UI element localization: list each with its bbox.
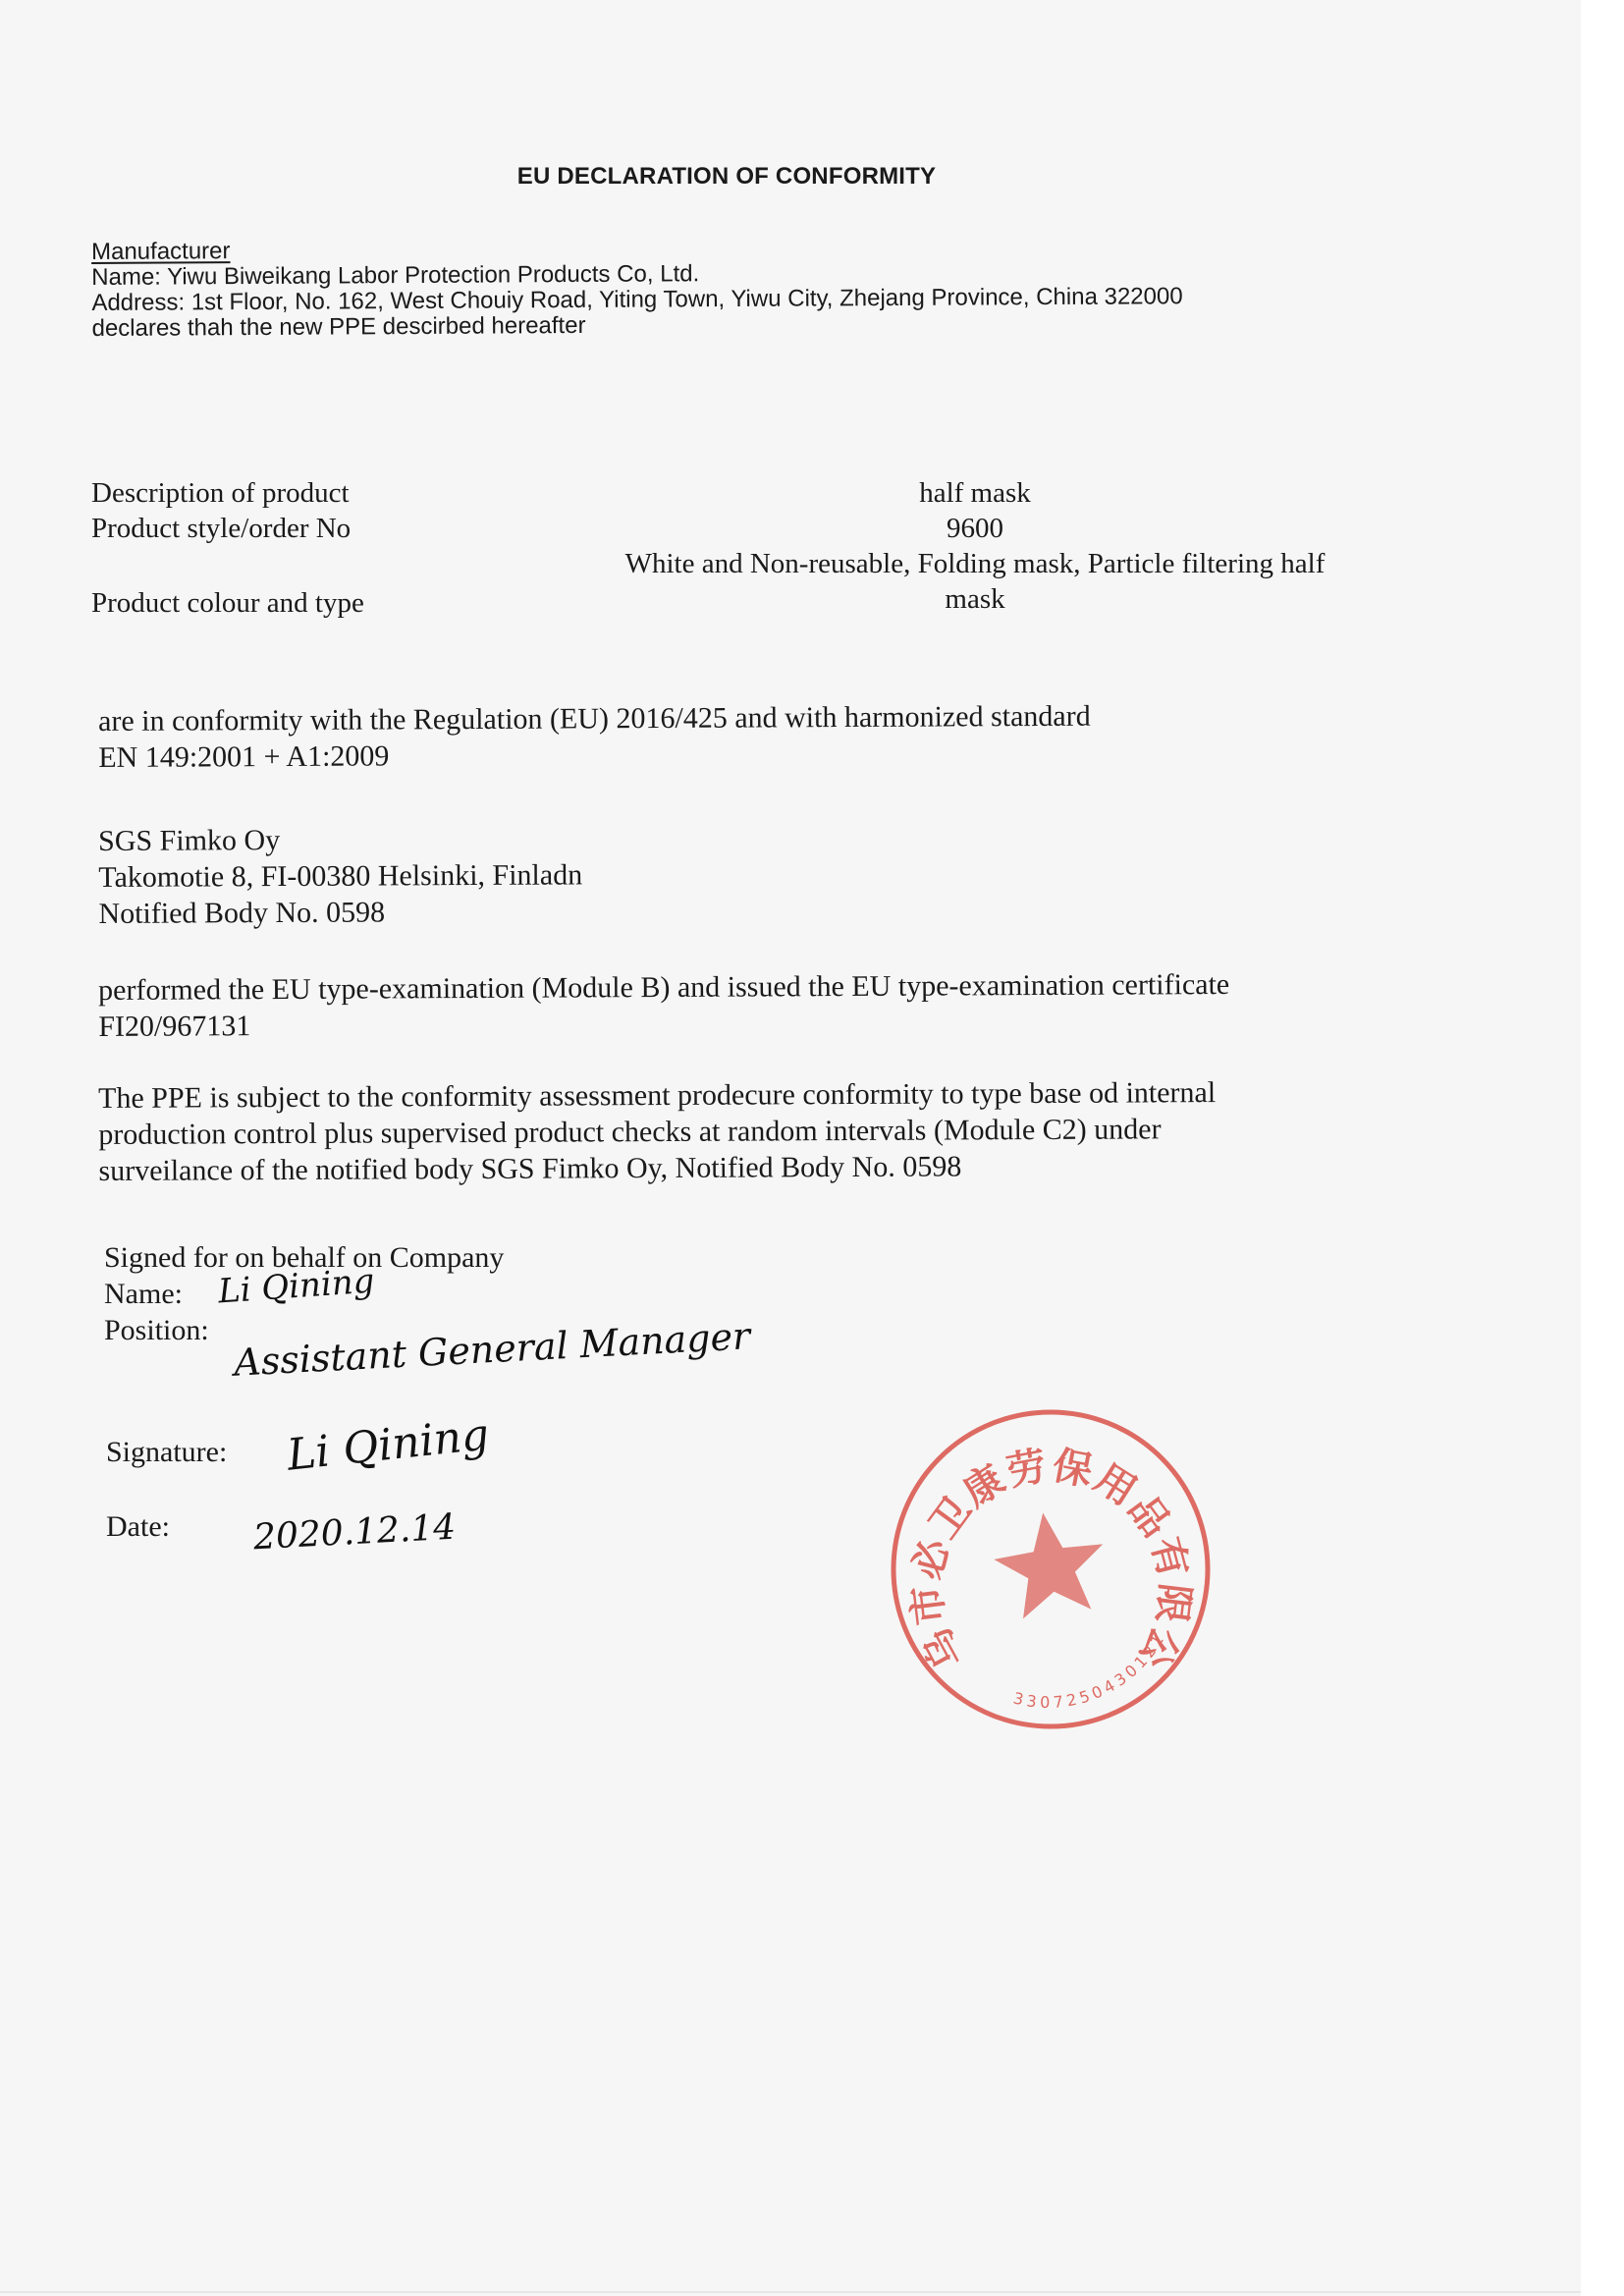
manufacturer-block: Manufacturer Name: Yiwu Biweikang Labor … xyxy=(91,233,1183,342)
notified-body-number: Notified Body No. 0598 xyxy=(98,893,582,932)
product-colour-label: Product colour and type xyxy=(91,585,364,621)
conformity-paragraph: are in conformity with the Regulation (E… xyxy=(98,698,1091,776)
conformity-line1: are in conformity with the Regulation (E… xyxy=(98,698,1091,739)
notified-body-address: Takomotie 8, FI-00380 Helsinki, Finladn xyxy=(98,856,582,896)
examination-line1: performed the EU type-examination (Modul… xyxy=(98,966,1229,1009)
product-style-label: Product style/order No xyxy=(91,511,351,546)
assessment-line3: surveilance of the notified body SGS Fim… xyxy=(98,1147,1216,1189)
assessment-line2: production control plus supervised produ… xyxy=(98,1111,1216,1153)
conformity-standard: EN 149:2001 + A1:2009 xyxy=(98,735,1091,776)
declaration-intro: declares thah the new PPE descirbed here… xyxy=(91,309,1182,342)
star-icon xyxy=(989,1505,1111,1622)
examination-paragraph: performed the EU type-examination (Modul… xyxy=(98,966,1229,1045)
notified-body-name: SGS Fimko Oy xyxy=(98,820,582,859)
assessment-paragraph: The PPE is subject to the conformity ass… xyxy=(98,1074,1217,1189)
notified-body-block: SGS Fimko Oy Takomotie 8, FI-00380 Helsi… xyxy=(98,820,582,932)
document-title: EU DECLARATION OF CONFORMITY xyxy=(0,163,1453,191)
handwritten-date: 2020.12.14 xyxy=(252,1507,457,1558)
product-style-value: 9600 xyxy=(484,511,1466,546)
product-colour-value-line2: mask xyxy=(484,581,1466,617)
certificate-number: FI20/967131 xyxy=(98,1003,1229,1045)
product-colour-value-line1: White and Non-reusable, Folding mask, Pa… xyxy=(484,546,1466,581)
product-description-value: half mask xyxy=(484,475,1466,511)
company-seal-stamp: 义乌市必卫康劳保用品有限公司 3307250430121 xyxy=(884,1402,1218,1736)
assessment-line1: The PPE is subject to the conformity ass… xyxy=(98,1074,1216,1117)
scan-margin-strip xyxy=(1581,0,1624,2296)
scan-edge-line xyxy=(0,2291,1581,2293)
signature-label: Signature: xyxy=(106,1434,227,1470)
product-description-label: Description of product xyxy=(91,475,350,511)
handwritten-signature: Li Qining xyxy=(285,1409,492,1480)
date-label: Date: xyxy=(106,1508,170,1545)
